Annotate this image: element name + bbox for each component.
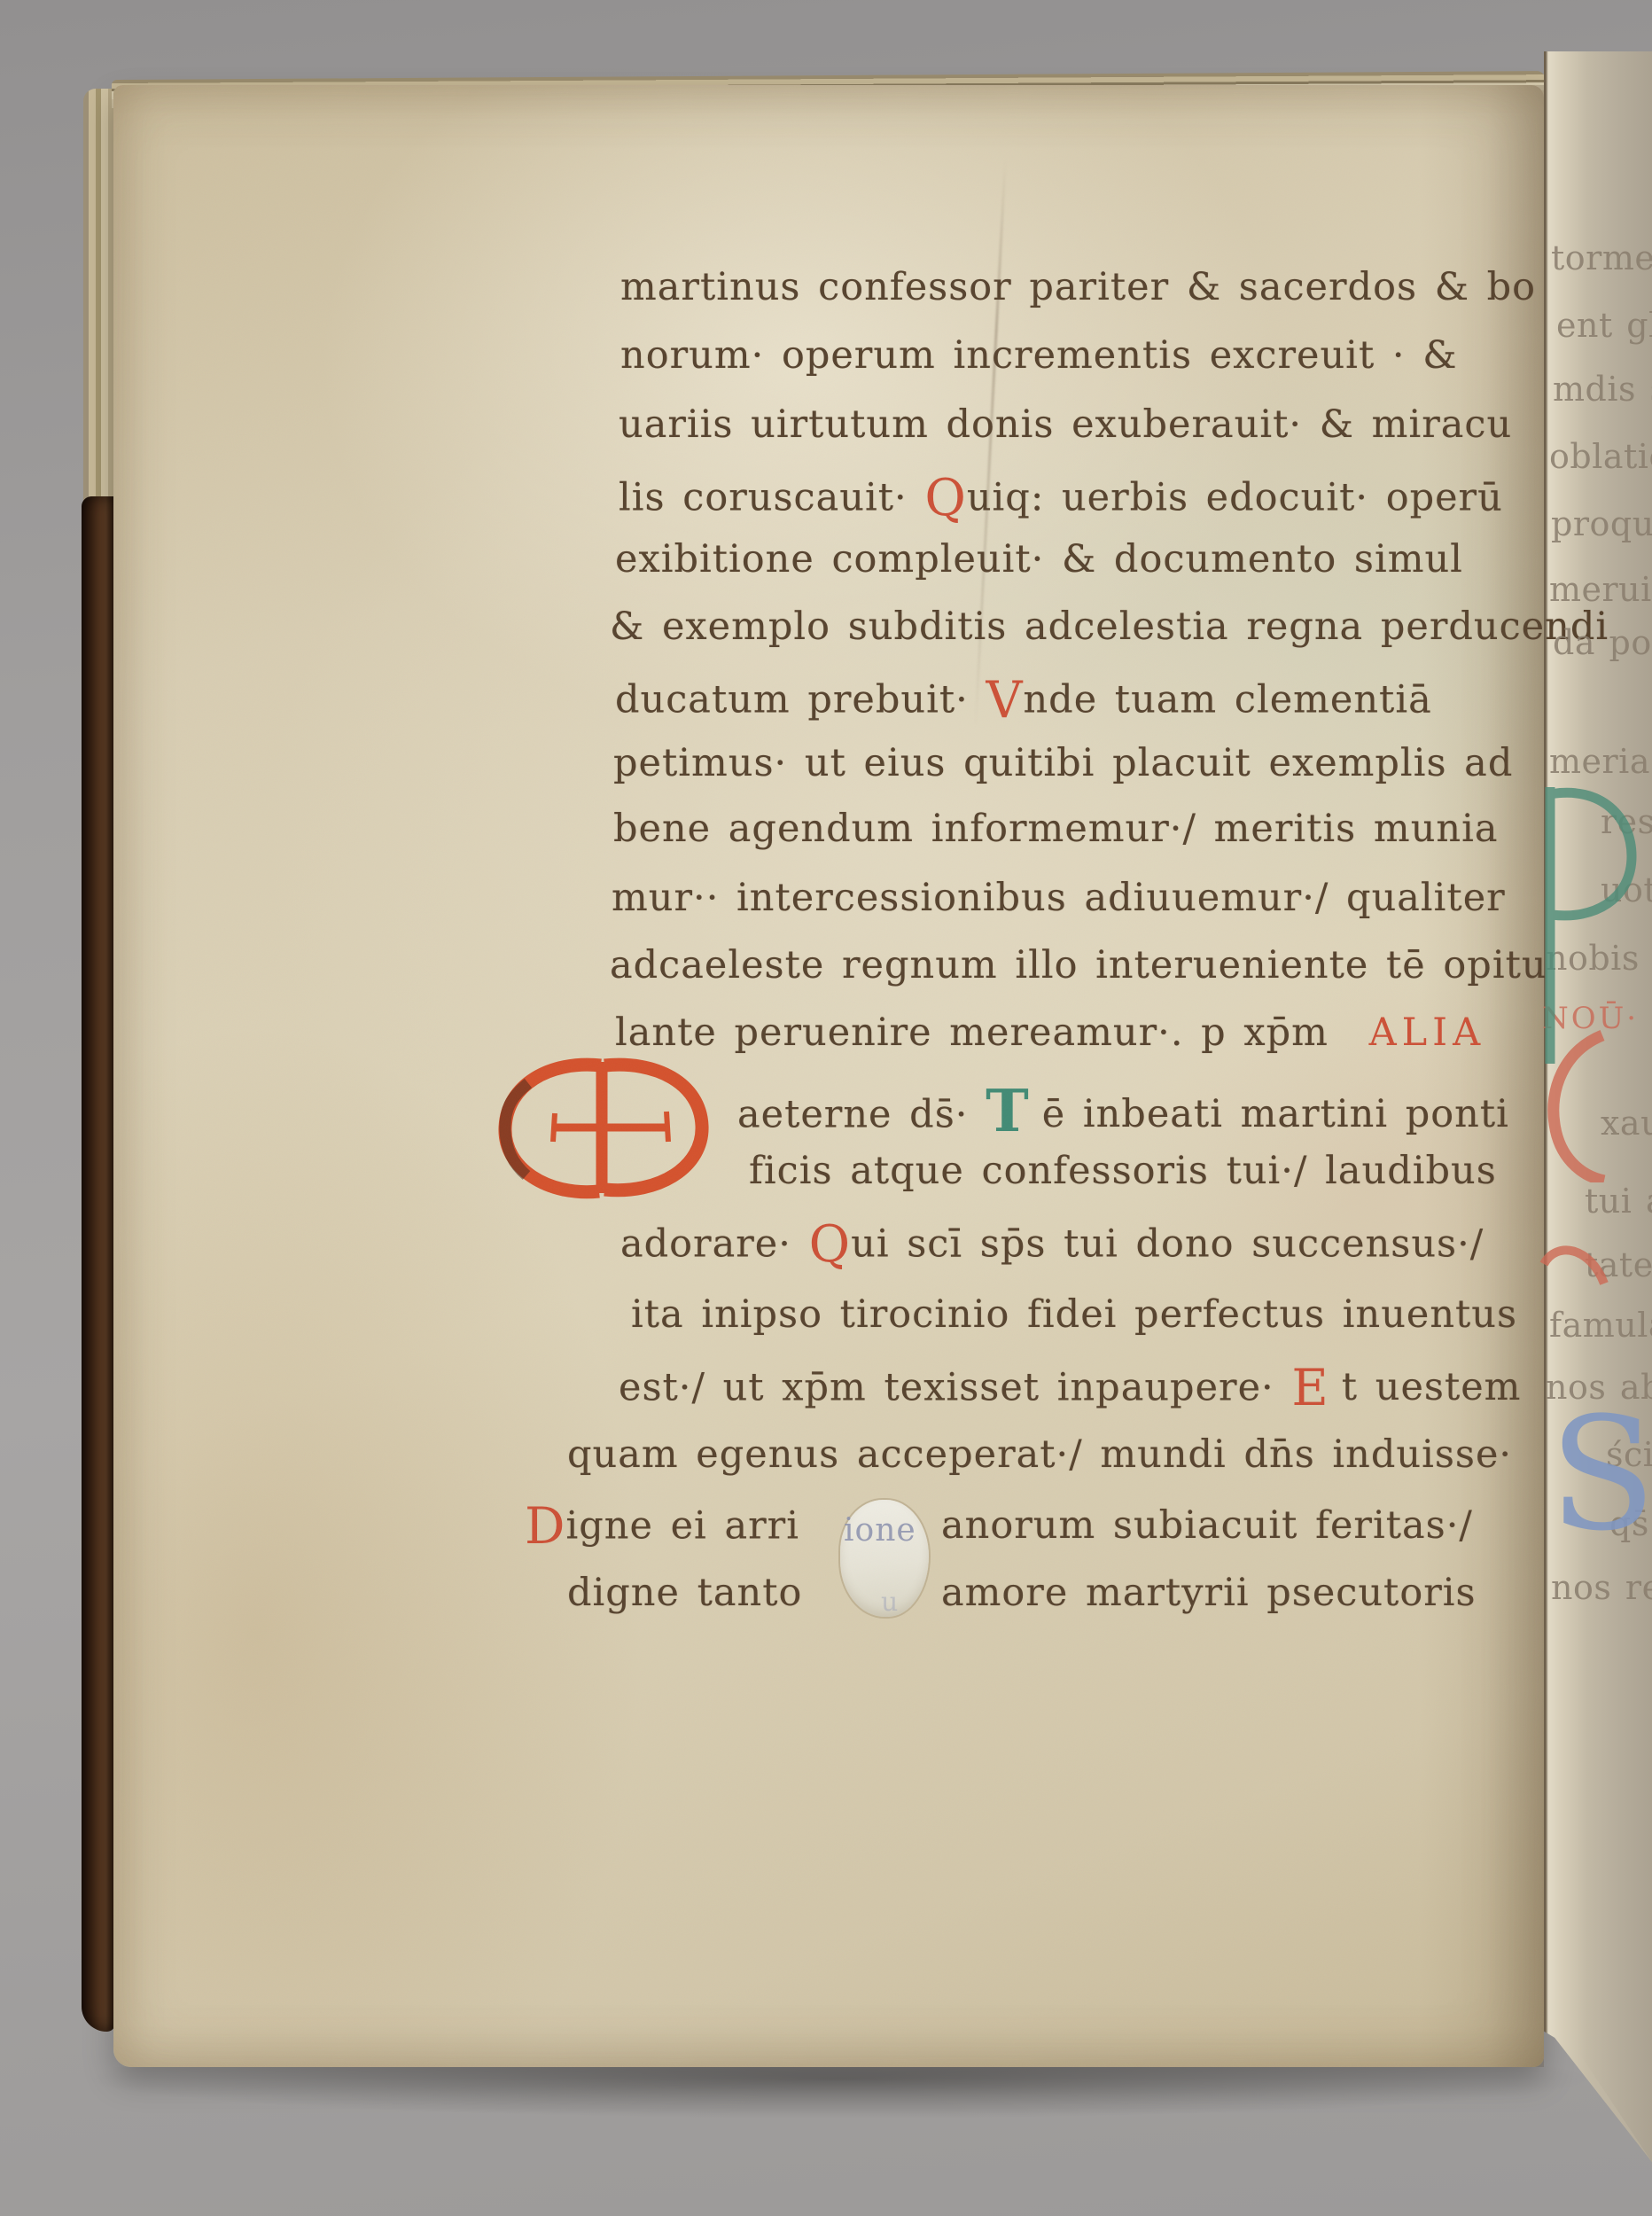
text-line: ent glorific <box>1556 308 1652 342</box>
text-line: amore martyrii psecutoris <box>941 1574 1477 1612</box>
red-partial-initial <box>1546 1030 1634 1182</box>
manuscript-photo: martinus confessor pariter & sacerdos & … <box>0 0 1652 2216</box>
text-line: famulari cui <box>1549 1308 1652 1342</box>
red-partial-initial-small <box>1539 1237 1613 1303</box>
text-line: lis coruscauit· Quiq: uerbis edocuit· op… <box>619 473 1503 524</box>
text-line: mur·· intercessionibus adiuuemur·/ quali… <box>612 879 1506 917</box>
text-line: aeterne ds̄· Tē inbeati martini ponti <box>737 1083 1509 1141</box>
text-line: martinus confessor pariter & sacerdos & … <box>620 269 1536 307</box>
text-line: lante peruenire mereamur·. p xp̄m ALIA <box>615 1014 1485 1052</box>
text-line: mdis sic ex <box>1553 372 1652 406</box>
text-line: ficis atque confessoris tui·/ laudibus <box>749 1152 1497 1190</box>
text-line: uariis uirtutum donis exuberauit· & mira… <box>619 406 1512 444</box>
text-line: Digne ei arri <box>525 1502 799 1552</box>
text-line: bene agendum informemur·/ meritis munia <box>613 810 1498 848</box>
patch-showthrough-faint: u <box>881 1587 898 1618</box>
text-line: petimus· ut eius quitibi placuit exempli… <box>613 745 1513 783</box>
text-line: ducatum prebuit· Vnde tuam clementiā <box>615 675 1432 726</box>
text-line: quam egenus acceperat·/ mundi dn̄s indui… <box>567 1436 1512 1474</box>
text-line: adcaeleste regnum illo interueniente tē … <box>610 947 1547 985</box>
text-line: adorare· Qui scī sp̄s tui dono succensus… <box>620 1220 1484 1270</box>
text-line: norum· operum incrementis excreuit · & <box>620 337 1458 375</box>
text-line: tormenta <box>1551 241 1652 275</box>
left-page-text-block: martinus confessor pariter & sacerdos & … <box>0 0 1652 2216</box>
text-line: meruit & m <box>1549 573 1652 606</box>
text-line: digne tanto <box>567 1574 802 1612</box>
text-line: & exemplo subditis adcelestia regna perd… <box>610 608 1609 646</box>
text-line: tui a <box>1585 1184 1652 1218</box>
text-line: merias exor <box>1549 745 1652 778</box>
text-line: ita inipso tirocinio fidei perfectus inu… <box>631 1296 1517 1334</box>
text-line: exibitione compleuit· & documento simul <box>615 541 1463 579</box>
blue-initial-S: S <box>1549 1397 1652 1553</box>
text-line: da potestas· <box>1553 626 1652 659</box>
text-line: oblatione i <box>1549 440 1652 473</box>
patch-showthrough-text: ione <box>844 1512 916 1549</box>
text-line: est·/ ut xp̄m texisset inpaupere· Et ues… <box>619 1363 1521 1414</box>
text-line: proquantita <box>1551 507 1652 541</box>
text-line: nos reddat <box>1551 1571 1652 1604</box>
text-line: anorum subiacuit feritas·/ <box>941 1507 1473 1545</box>
